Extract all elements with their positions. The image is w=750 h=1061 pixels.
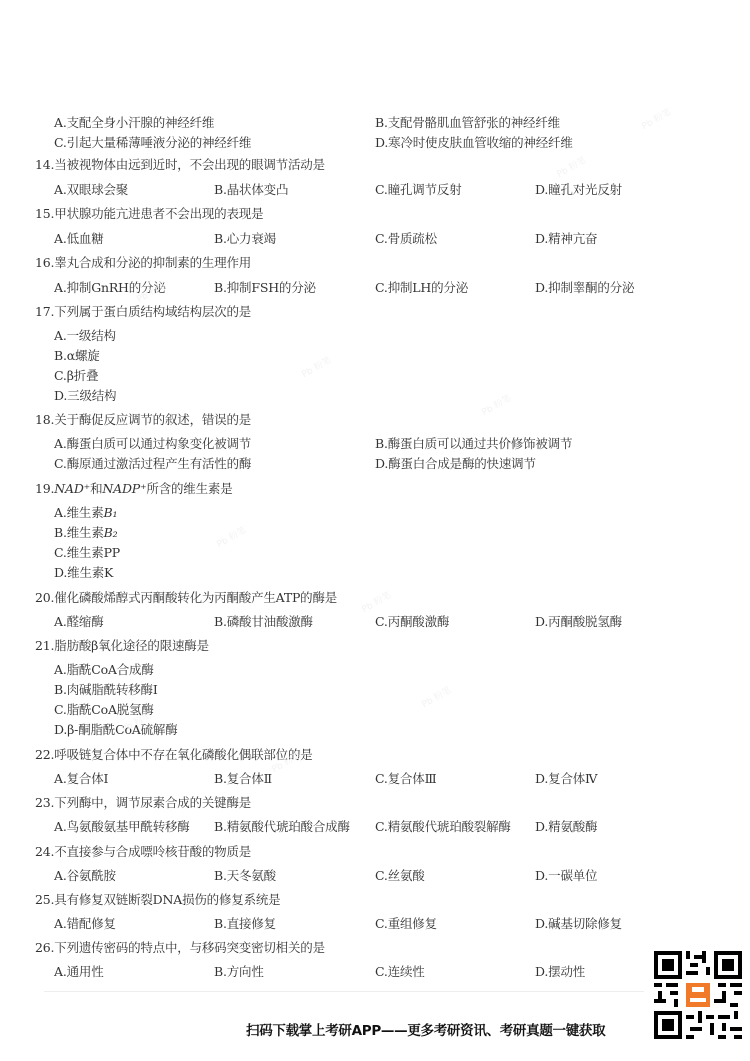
q17-option-c: C.β折叠 [54, 368, 98, 384]
q25-option-d: D.碱基切除修复 [535, 916, 622, 932]
question-19-stem: 19.NAD⁺和NADP⁺所含的维生素是 [35, 481, 233, 497]
q15-option-d: D.精神亢奋 [535, 231, 597, 247]
q19-rest: 所含的维生素是 [146, 481, 232, 496]
watermark: Pb 粉笔 [214, 523, 248, 550]
q19-option-c: C.维生素PP [54, 545, 120, 561]
q15-option-b: B.心力衰竭 [214, 231, 276, 247]
q13-option-a: A.支配全身小汗腺的神经纤维 [54, 115, 214, 131]
question-25-stem: 25.具有修复双链断裂DNA损伤的修复系统是 [35, 892, 280, 908]
question-23-stem: 23.下列酶中，调节尿素合成的关键酶是 [35, 795, 251, 811]
q13-option-d: D.寒冷时使皮肤血管收缩的神经纤维 [375, 135, 573, 151]
q19-number: 19. [35, 481, 54, 496]
q17-option-d: D.三级结构 [54, 388, 116, 404]
q18-option-d: D.酶蛋白合成是酶的快速调节 [375, 456, 536, 472]
question-22-stem: 22.呼吸链复合体中不存在氧化磷酸化偶联部位的是 [35, 747, 313, 763]
q17-option-b: B.α螺旋 [54, 348, 100, 364]
q25-option-a: A.错配修复 [54, 916, 116, 932]
question-26-stem: 26.下列遗传密码的特点中，与移码突变密切相关的是 [35, 940, 325, 956]
q15-option-c: C.骨质疏松 [375, 231, 437, 247]
q16-option-b: B.抑制FSH的分泌 [214, 280, 316, 296]
q21-option-d: D.β-酮脂酰CoA硫解酶 [54, 722, 178, 738]
q14-option-b: B.晶状体变凸 [214, 182, 288, 198]
watermark: Pb 粉笔 [479, 391, 513, 418]
q14-option-c: C.瞳孔调节反射 [375, 182, 462, 198]
watermark: Pb 粉笔 [359, 588, 393, 615]
q19-and: 和 [90, 481, 102, 496]
q26-option-b: B.方向性 [214, 964, 264, 980]
q19-option-b: B.维生素B₂ [54, 525, 117, 541]
q19-option-d: D.维生素K [54, 565, 113, 581]
q25-option-b: B.直接修复 [214, 916, 276, 932]
q18-option-b: B.酶蛋白质可以通过共价修饰被调节 [375, 436, 572, 452]
q22-option-a: A.复合体Ⅰ [54, 771, 108, 787]
question-21-stem: 21.脂肪酸β氧化途径的限速酶是 [35, 638, 209, 654]
q16-option-c: C.抑制LH的分泌 [375, 280, 468, 296]
q24-option-d: D.一碳单位 [535, 868, 597, 884]
question-17-stem: 17.下列属于蛋白质结构域结构层次的是 [35, 304, 251, 320]
q26-option-d: D.摆动性 [535, 964, 585, 980]
exam-page: A.支配全身小汗腺的神经纤维 B.支配骨骼肌血管舒张的神经纤维 C.引起大量稀薄… [0, 0, 750, 1061]
q23-option-a: A.鸟氨酸氨基甲酰转移酶 [54, 819, 190, 835]
qr-code-icon[interactable] [654, 951, 742, 1039]
q20-option-d: D.丙酮酸脱氢酶 [535, 614, 622, 630]
watermark: Pb 粉笔 [419, 683, 453, 710]
q20-option-a: A.醛缩酶 [54, 614, 104, 630]
q19-option-a: A.维生素B₁ [54, 505, 117, 521]
q24-option-b: B.天冬氨酸 [214, 868, 276, 884]
question-14-stem: 14.当被视物体由远到近时，不会出现的眼调节活动是 [35, 157, 325, 173]
q23-option-b: B.精氨酸代琥珀酸合成酶 [214, 819, 350, 835]
q16-option-d: D.抑制睾酮的分泌 [535, 280, 634, 296]
q19-option-a-math: B₁ [104, 505, 118, 520]
q21-option-b: B.肉碱脂酰转移酶Ⅰ [54, 682, 158, 698]
q24-option-c: C.丝氨酸 [375, 868, 425, 884]
question-16-stem: 16.睾丸合成和分泌的抑制素的生理作用 [35, 255, 251, 271]
q23-option-d: D.精氨酸酶 [535, 819, 597, 835]
q26-option-c: C.连续性 [375, 964, 425, 980]
q15-option-a: A.低血糖 [54, 231, 104, 247]
qr-code-graphic [654, 951, 742, 1039]
q19-option-b-text: B.维生素 [54, 525, 104, 540]
q20-option-c: C.丙酮酸激酶 [375, 614, 449, 630]
watermark: Pb 粉笔 [554, 153, 588, 180]
q14-option-a: A.双眼球会聚 [54, 182, 128, 198]
question-15-stem: 15.甲状腺功能亢进患者不会出现的表现是 [35, 206, 263, 222]
q13-option-c: C.引起大量稀薄唾液分泌的神经纤维 [54, 135, 251, 151]
q19-nadp: NADP⁺ [102, 481, 146, 496]
q24-option-a: A.谷氨酰胺 [54, 868, 116, 884]
q19-option-b-math: B₂ [104, 525, 118, 540]
watermark: Pb 粉笔 [639, 105, 673, 132]
q19-nad: NAD⁺ [54, 481, 90, 496]
question-18-stem: 18.关于酶促反应调节的叙述，错误的是 [35, 412, 251, 428]
question-24-stem: 24.不直接参与合成嘌呤核苷酸的物质是 [35, 844, 251, 860]
footer-promo-text: 扫码下载掌上考研APP——更多考研资讯、考研真题一键获取 [246, 1019, 605, 1039]
q23-option-c: C.精氨酸代琥珀酸裂解酶 [375, 819, 511, 835]
q18-option-c: C.酶原通过激活过程产生有活性的酶 [54, 456, 251, 472]
q17-option-a: A.一级结构 [54, 328, 116, 344]
q22-option-b: B.复合体Ⅱ [214, 771, 272, 787]
q25-option-c: C.重组修复 [375, 916, 437, 932]
watermark: Pb 粉笔 [299, 353, 333, 380]
q22-option-c: C.复合体Ⅲ [375, 771, 436, 787]
q26-option-a: A.通用性 [54, 964, 104, 980]
q19-option-a-text: A.维生素 [54, 505, 104, 520]
question-20-stem: 20.催化磷酸烯醇式丙酮酸转化为丙酮酸产生ATP的酶是 [35, 590, 337, 606]
q22-option-d: D.复合体Ⅳ [535, 771, 597, 787]
q20-option-b: B.磷酸甘油酸激酶 [214, 614, 313, 630]
q21-option-a: A.脂酰CoA合成酶 [54, 662, 154, 678]
footer-divider [44, 991, 644, 992]
q13-option-b: B.支配骨骼肌血管舒张的神经纤维 [375, 115, 560, 131]
q14-option-d: D.瞳孔对光反射 [535, 182, 622, 198]
q18-option-a: A.酶蛋白质可以通过构象变化被调节 [54, 436, 251, 452]
